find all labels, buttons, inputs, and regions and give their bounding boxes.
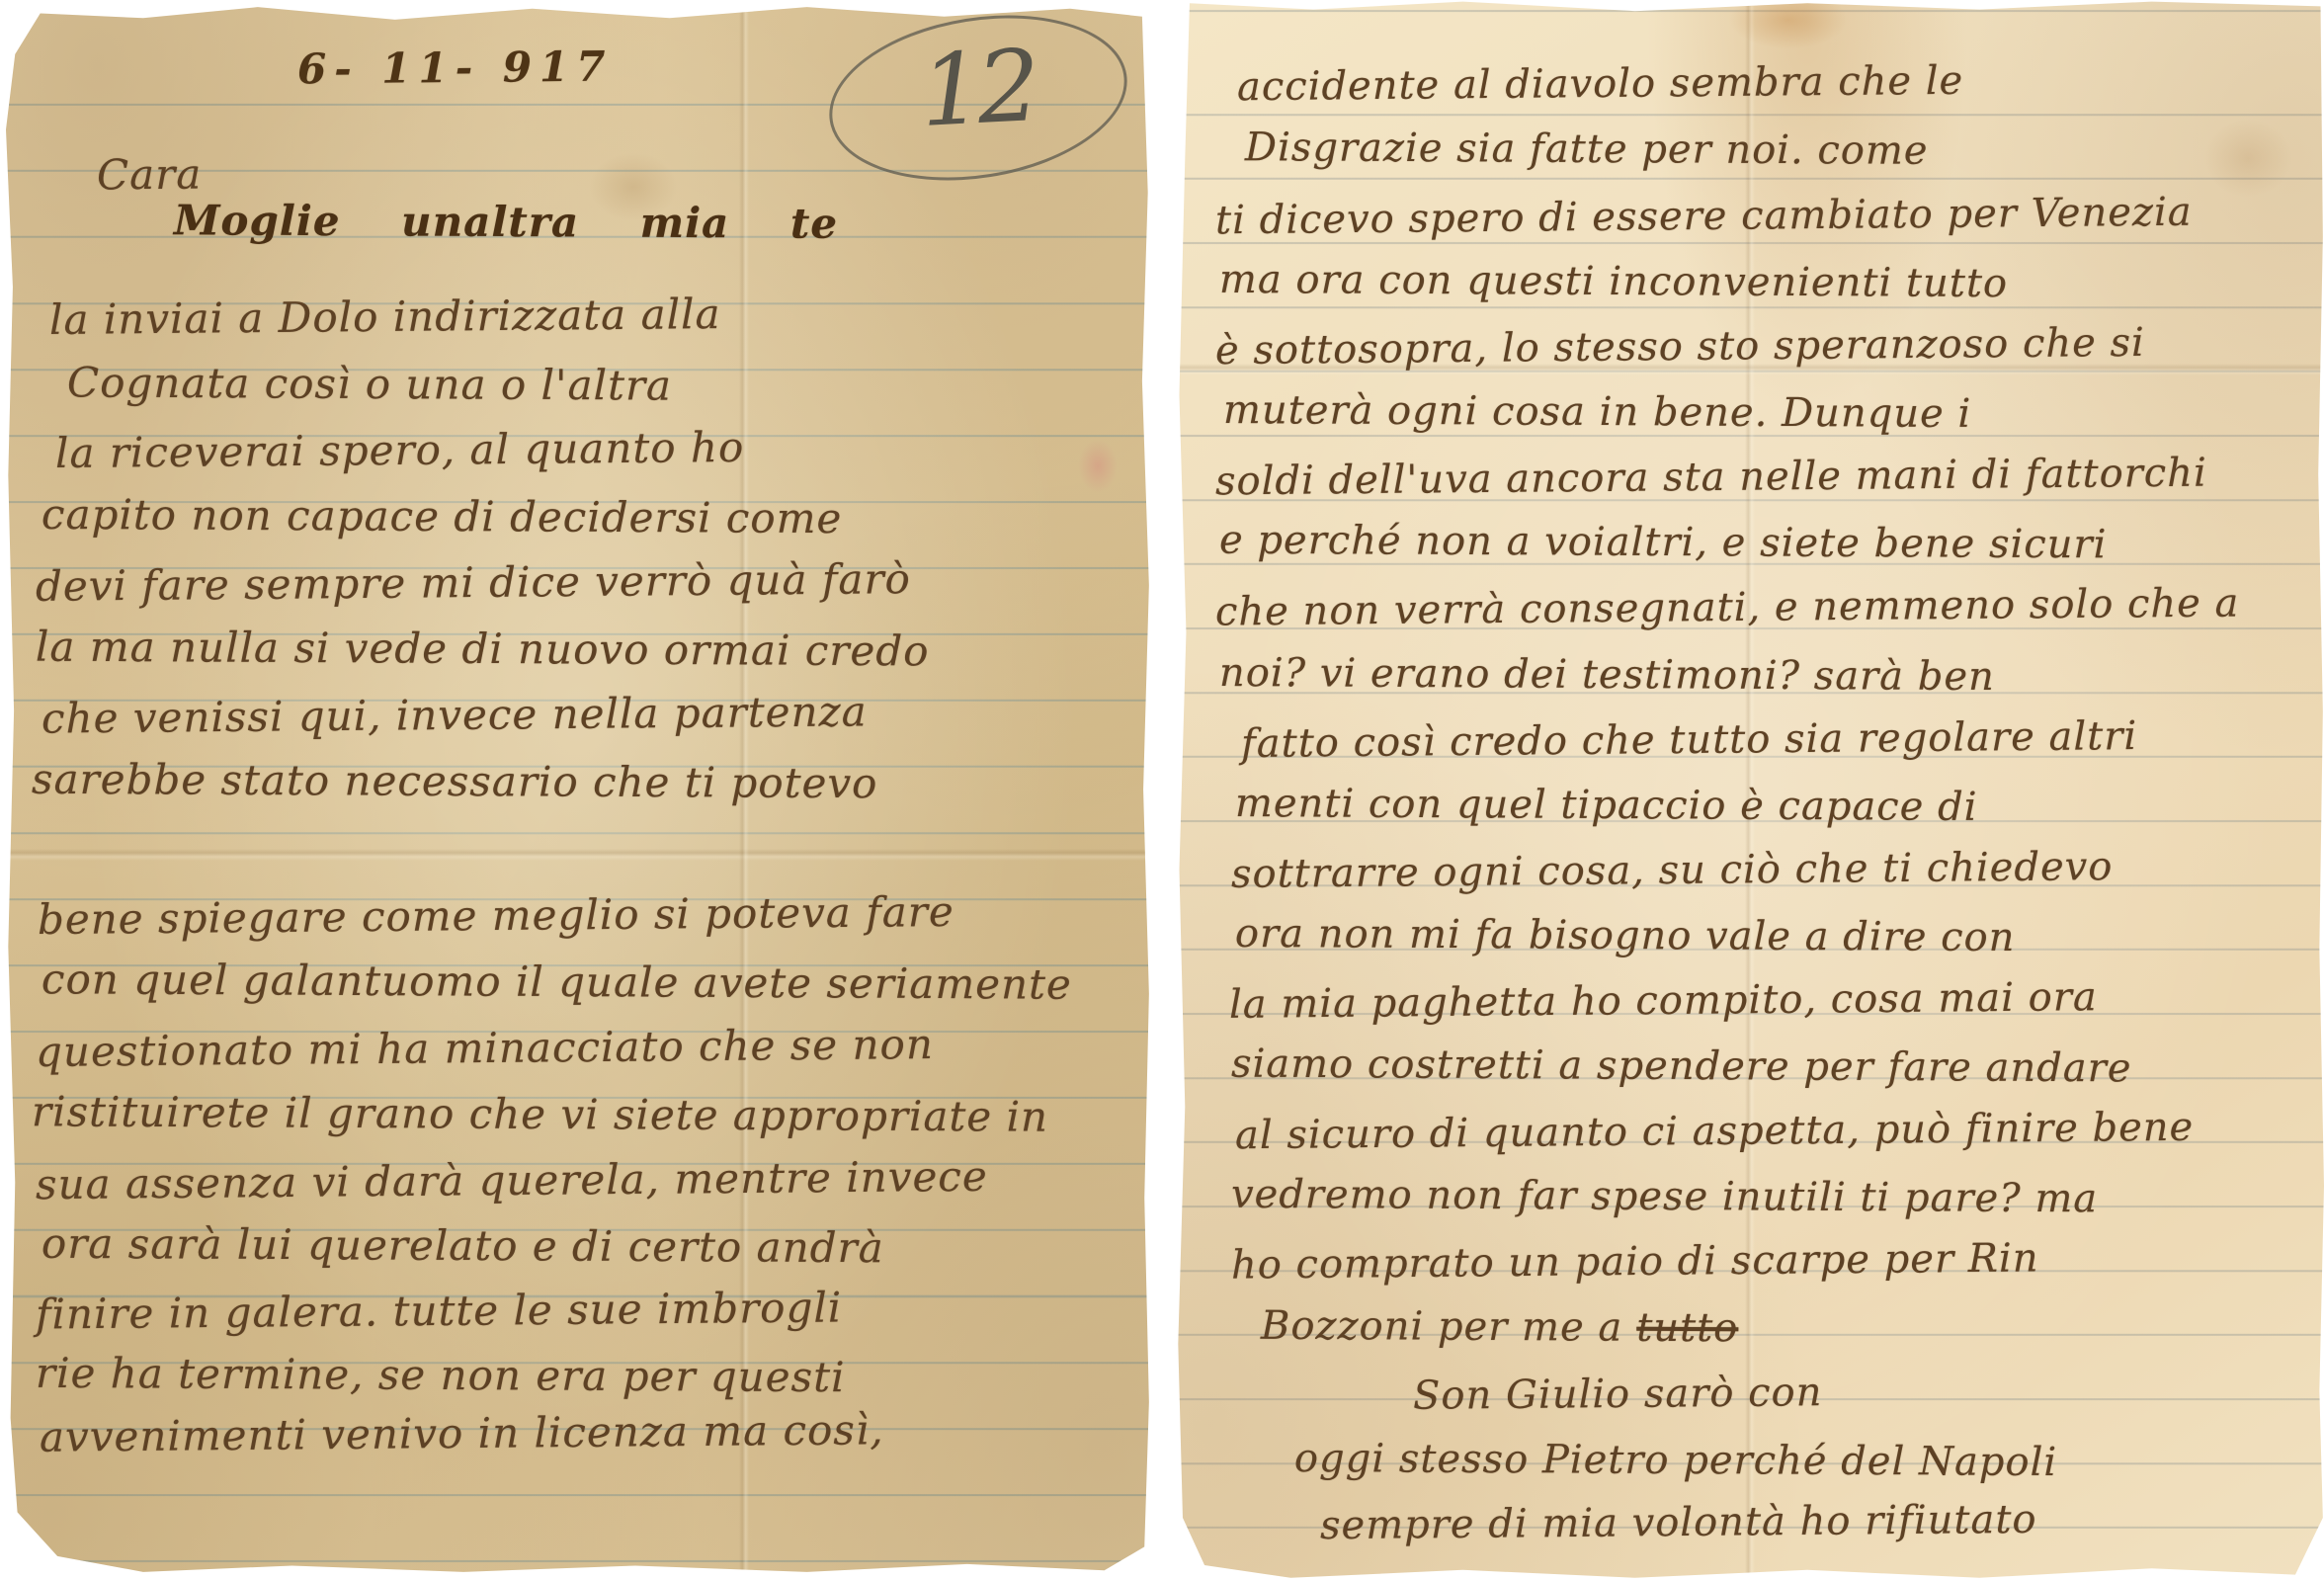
handwritten-line: Bozzoni per me atutto bbox=[1261, 1303, 1739, 1352]
handwritten-line: la ma nulla si vede di nuovo ormai credo bbox=[36, 623, 930, 676]
salutation: Cara bbox=[97, 150, 203, 200]
handwritten-line: sua assenza vi darà querela, mentre inve… bbox=[36, 1152, 988, 1208]
handwritten-line: sarebbe stato necessario che ti potevo bbox=[32, 755, 878, 807]
right-page: accidente al diavolo sembra che le Disgr… bbox=[1176, 0, 2324, 1581]
handwritten-text: Bozzoni per me a bbox=[1261, 1303, 1623, 1351]
handwritten-line: la riceverai spero, al quanto ho bbox=[55, 423, 745, 477]
fold-crease bbox=[6, 849, 1150, 861]
handwritten-line: oggi stesso Pietro perché del Napoli bbox=[1294, 1436, 2057, 1485]
handwritten-line: avvenimenti venivo in licenza ma così, bbox=[40, 1405, 884, 1460]
handwritten-line: finire in galera. tutte le sue imbrogli bbox=[36, 1283, 843, 1338]
handwritten-line: Disgrazie sia fatte per noi. come bbox=[1245, 125, 1929, 174]
handwritten-line: la mia paghetta ho compito, cosa mai ora bbox=[1229, 974, 2098, 1028]
page-number-annotation: 12 bbox=[817, 0, 1139, 201]
handwritten-line: muterà ogni cosa in bene. Dunque i bbox=[1223, 387, 1971, 437]
handwritten-line: sempre di mia volontà ho rifiutato bbox=[1320, 1497, 2037, 1548]
paper-stain bbox=[2203, 119, 2292, 198]
handwritten-line: accidente al diavolo sembra che le bbox=[1237, 58, 1964, 110]
handwritten-line: menti con quel tipaccio è capace di bbox=[1235, 781, 1978, 830]
handwritten-line: ma ora con questi inconvenienti tutto bbox=[1219, 257, 2008, 306]
handwritten-line: ora sarà lui querelato e di certo andrà bbox=[41, 1219, 884, 1272]
handwritten-line: ti dicevo spero di essere cambiato per V… bbox=[1215, 190, 2193, 244]
handwritten-line: ho comprato un paio di scarpe per Rin bbox=[1231, 1235, 2039, 1288]
handwritten-line: è sottosopra, lo stesso sto speranzoso c… bbox=[1215, 320, 2145, 374]
struck-word: tutto bbox=[1636, 1305, 1738, 1352]
handwritten-line: che non verrà consegnati, e nemmeno solo… bbox=[1215, 580, 2240, 634]
letter-scan: 6- 11- 917 12 Cara Moglie unaltra mia te… bbox=[0, 0, 2324, 1581]
handwritten-line: vedremo non far spese inutili ti pare? m… bbox=[1231, 1172, 2098, 1222]
paper-stain bbox=[1078, 439, 1118, 493]
handwritten-line: con quel galantuomo il quale avete seria… bbox=[41, 955, 1072, 1008]
page-number: 12 bbox=[918, 28, 1037, 149]
handwritten-line: soldi dell'uva ancora sta nelle mani di … bbox=[1215, 451, 2207, 505]
handwritten-line: questionato mi ha minacciato che se non bbox=[36, 1020, 934, 1076]
handwritten-line: Moglie unaltra mia te bbox=[174, 196, 838, 248]
handwritten-line: capito non capace di decidersi come bbox=[41, 490, 843, 542]
handwritten-line: siamo costretti a spendere per fare anda… bbox=[1231, 1041, 2132, 1092]
handwritten-line: ristituirete il grano che vi siete appro… bbox=[32, 1087, 1048, 1140]
handwritten-line: Son Giulio sarò con bbox=[1413, 1370, 1823, 1419]
handwritten-line: sottrarre ogni cosa, su ciò che ti chied… bbox=[1231, 844, 2114, 897]
handwritten-line: noi? vi erano dei testimoni? sarà ben bbox=[1219, 650, 1995, 700]
date-heading: 6- 11- 917 bbox=[297, 42, 614, 94]
handwritten-line: la inviai a Dolo indirizzata alla bbox=[49, 290, 721, 344]
handwritten-line: devi fare sempre mi dice verrò quà farò bbox=[36, 554, 911, 611]
handwritten-line: e perché non a voialtri, e siete bene si… bbox=[1219, 518, 2108, 568]
handwritten-line: rie ha termine, se non era per questi bbox=[36, 1349, 846, 1401]
handwritten-line: che venissi qui, invece nella partenza bbox=[41, 687, 868, 742]
left-page: 6- 11- 917 12 Cara Moglie unaltra mia te… bbox=[6, 4, 1150, 1575]
handwritten-line: Cognata così o una o l'altra bbox=[67, 358, 672, 409]
handwritten-line: bene spiegare come meglio si poteva fare bbox=[38, 887, 954, 944]
handwritten-line: ora non mi fa bisogno vale a dire con bbox=[1235, 911, 2016, 960]
handwritten-line: al sicuro di quanto ci aspetta, può fini… bbox=[1235, 1105, 2195, 1158]
handwritten-line: fatto così credo che tutto sia regolare … bbox=[1241, 713, 2138, 767]
